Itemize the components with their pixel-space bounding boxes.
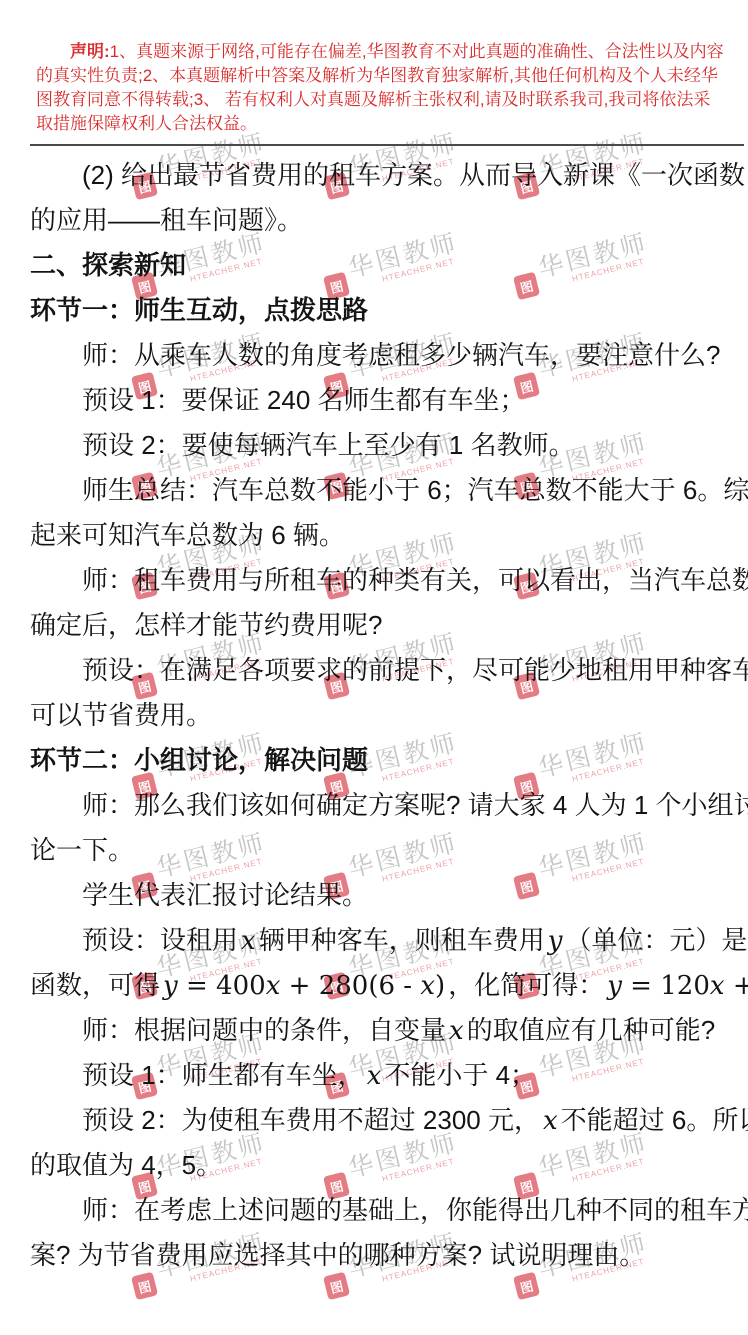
text-run: 确定后，怎样才能节约费用呢? [30, 610, 382, 640]
text-run: 预设 2：要使每辆汽车上至少有 1 名教师。 [82, 430, 575, 460]
disclaimer-text: 的真实性负责;2、本真题解析中答案及解析为华图教育独家解析,其他任何机构及个人未… [36, 66, 718, 85]
text-line: 预设：在满足各项要求的前提下，尽可能少地租用甲种客车 [30, 648, 718, 693]
text-line: 师：在考虑上述问题的基础上，你能得出几种不同的租车方 [30, 1188, 718, 1233]
text-line: 预设 2：要使每辆汽车上至少有 1 名教师。 [30, 423, 718, 468]
disclaimer-text: 1、真题来源于网络,可能存在偏差,华图教育不对此真题的准确性、合法性以及内容 [110, 42, 724, 61]
text-run: ，化简可得： [448, 970, 604, 1000]
math-run: x [449, 1016, 464, 1046]
document-page: 图华图教师HTEACHER.NET图华图教师HTEACHER.NET图华图教师H… [0, 0, 748, 1335]
text-run: 师：根据问题中的条件，自变量 [82, 1015, 446, 1045]
text-run: 不能小于 4； [384, 1060, 536, 1090]
text-line: 论一下。 [30, 828, 718, 873]
text-line: 的应用——租车问题》。 [30, 198, 718, 243]
text-run: 预设 1：要保证 240 名师生都有车坐； [82, 385, 526, 415]
disclaimer-text: 取措施保障权利人合法权益。 [36, 114, 257, 133]
text-run: 论一下。 [30, 835, 134, 865]
text-line: 案? 为节省费用应选择其中的哪种方案? 试说明理由。 [30, 1233, 718, 1278]
text-line: 预设 1：要保证 240 名师生都有车坐； [30, 378, 718, 423]
text-run: 辆甲种客车，则租车费用 [259, 925, 545, 955]
disclaimer-line: 取措施保障权利人合法权益。 [36, 112, 722, 136]
math-run: x [367, 1061, 382, 1091]
text-line: 预设 2：为使租车费用不超过 2300 元，x不能超过 6。所以x [30, 1098, 718, 1143]
text-line: 起来可知汽车总数为 6 辆。 [30, 513, 718, 558]
text-run: 师：租车费用与所租车的种类有关，可以看出，当汽车总数 [82, 565, 748, 595]
text-run: 师：那么我们该如何确定方案呢? 请大家 4 人为 1 个小组讨 [82, 790, 748, 820]
text-run: 师生总结：汽车总数不能小于 6；汽车总数不能大于 6。综合 [82, 475, 748, 505]
text-run: 二、探索新知 [30, 250, 186, 280]
text-run: 师：从乘车人数的角度考虑租多少辆汽车，要注意什么? [82, 340, 720, 370]
heading-line: 环节一：师生互动，点拨思路 [30, 288, 718, 333]
text-run: 预设 1：师生都有车坐， [82, 1060, 364, 1090]
text-line: 的取值为 4，5。 [30, 1143, 718, 1188]
disclaimer-block: 声明:1、真题来源于网络,可能存在偏差,华图教育不对此真题的准确性、合法性以及内… [36, 40, 722, 136]
text-run: 不能超过 6。所以 [561, 1105, 748, 1135]
text-run: 环节一：师生互动，点拨思路 [30, 295, 368, 325]
text-line: (2) 给出最节省费用的租车方案。从而导入新课《一次函数 [30, 153, 718, 198]
text-run: （单位：元）是 [565, 925, 747, 955]
text-run: 函数，可得 [30, 970, 160, 1000]
math-run: y = 400x + 280(6 - x) [163, 971, 445, 1001]
text-line: 学生代表汇报讨论结果。 [30, 873, 718, 918]
text-run: 的取值应有几种可能? [467, 1015, 715, 1045]
text-line: 预设 1：师生都有车坐，x不能小于 4； [30, 1053, 718, 1098]
text-line: 师：从乘车人数的角度考虑租多少辆汽车，要注意什么? [30, 333, 718, 378]
text-run: 师：在考虑上述问题的基础上，你能得出几种不同的租车方 [82, 1195, 748, 1225]
disclaimer-text: 图教育同意不得转载;3、 若有权利人对真题及解析主张权利,请及时联系我司,我司将… [36, 90, 710, 109]
disclaimer-label: 声明: [70, 42, 110, 61]
text-line: 师生总结：汽车总数不能小于 6；汽车总数不能大于 6。综合 [30, 468, 718, 513]
text-run: 环节二：小组讨论，解决问题 [30, 745, 368, 775]
text-run: 学生代表汇报讨论结果。 [82, 880, 368, 910]
text-line: 师：那么我们该如何确定方案呢? 请大家 4 人为 1 个小组讨 [30, 783, 718, 828]
text-run: (2) 给出最节省费用的租车方案。从而导入新课《一次函数 [82, 160, 745, 190]
content-area: (2) 给出最节省费用的租车方案。从而导入新课《一次函数的应用——租车问题》。二… [30, 153, 718, 1278]
text-run: 起来可知汽车总数为 6 辆。 [30, 520, 345, 550]
text-run: 预设 2：为使租车费用不超过 2300 元， [82, 1105, 540, 1135]
text-line: 函数，可得y = 400x + 280(6 - x)，化简可得：y = 120x… [30, 963, 718, 1008]
math-run: x [241, 926, 256, 956]
disclaimer-line: 的真实性负责;2、本真题解析中答案及解析为华图教育独家解析,其他任何机构及个人未… [36, 64, 722, 88]
disclaimer-line: 图教育同意不得转载;3、 若有权利人对真题及解析主张权利,请及时联系我司,我司将… [36, 88, 722, 112]
text-run: 预设：在满足各项要求的前提下，尽可能少地租用甲种客车 [82, 655, 748, 685]
text-line: 师：根据问题中的条件，自变量x的取值应有几种可能? [30, 1008, 718, 1053]
math-run: y [548, 926, 563, 956]
math-run: y = 120x + 1680 [607, 971, 748, 1001]
text-line: 可以节省费用。 [30, 693, 718, 738]
divider-line [30, 144, 744, 146]
text-run: 案? 为节省费用应选择其中的哪种方案? 试说明理由。 [30, 1240, 645, 1270]
heading-line: 环节二：小组讨论，解决问题 [30, 738, 718, 783]
text-run: 预设：设租用 [82, 925, 238, 955]
text-line: 师：租车费用与所租车的种类有关，可以看出，当汽车总数 [30, 558, 718, 603]
disclaimer-line: 声明:1、真题来源于网络,可能存在偏差,华图教育不对此真题的准确性、合法性以及内… [36, 40, 722, 64]
text-run: 的取值为 4，5。 [30, 1150, 222, 1180]
text-run: 的应用——租车问题》。 [30, 205, 303, 235]
math-run: x [543, 1106, 558, 1136]
text-line: 预设：设租用x辆甲种客车，则租车费用y（单位：元）是x的 [30, 918, 718, 963]
text-run: 可以节省费用。 [30, 700, 212, 730]
heading-line: 二、探索新知 [30, 243, 718, 288]
text-line: 确定后，怎样才能节约费用呢? [30, 603, 718, 648]
